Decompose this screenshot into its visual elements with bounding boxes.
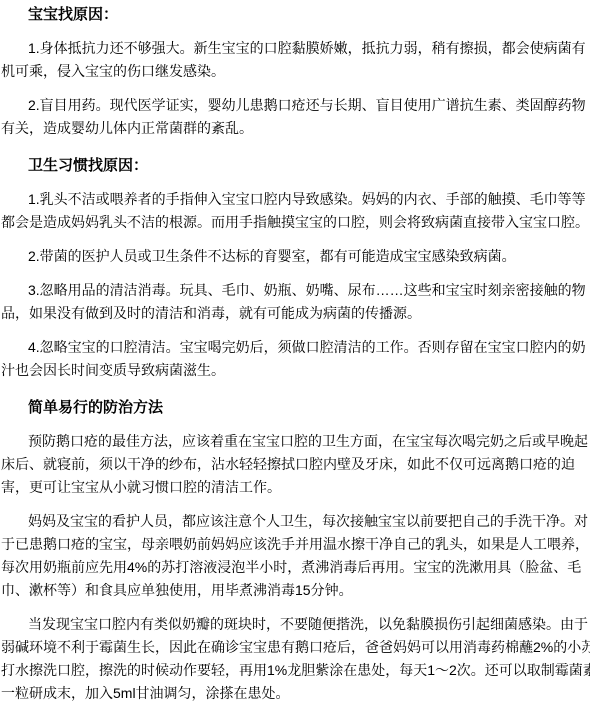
- section-heading-baby-causes: 宝宝找原因：: [1, 3, 590, 26]
- paragraph: 预防鹅口疮的最佳方法，应该着重在宝宝口腔的卫生方面，在宝宝每次喝完奶之后或早晚起…: [1, 430, 590, 499]
- section-hygiene-causes: 卫生习惯找原因： 1.乳头不洁或喂养者的手指伸入宝宝口腔内导致感染。妈妈的内衣、…: [1, 154, 590, 382]
- paragraph: 3.忽略用品的清洁消毒。玩具、毛巾、奶瓶、奶嘴、尿布……这些和宝宝时刻亲密接触的…: [1, 279, 590, 325]
- section-prevention-methods: 简单易行的防治方法 预防鹅口疮的最佳方法，应该着重在宝宝口腔的卫生方面，在宝宝每…: [1, 396, 590, 705]
- paragraph: 2.带菌的医护人员或卫生条件不达标的育婴室，都有可能造成宝宝感染致病菌。: [1, 245, 590, 268]
- section-baby-causes: 宝宝找原因： 1.身体抵抗力还不够强大。新生宝宝的口腔黏膜娇嫩，抵抗力弱，稍有擦…: [1, 3, 590, 140]
- section-heading-hygiene-causes: 卫生习惯找原因：: [1, 154, 590, 177]
- paragraph: 1.乳头不洁或喂养者的手指伸入宝宝口腔内导致感染。妈妈的内衣、手部的触摸、毛巾等…: [1, 188, 590, 234]
- article-page: 宝宝找原因： 1.身体抵抗力还不够强大。新生宝宝的口腔黏膜娇嫩，抵抗力弱，稍有擦…: [0, 0, 590, 705]
- section-heading-prevention-methods: 简单易行的防治方法: [1, 396, 590, 419]
- paragraph: 4.忽略宝宝的口腔清洁。宝宝喝完奶后，须做口腔清洁的工作。否则存留在宝宝口腔内的…: [1, 336, 590, 382]
- paragraph: 当发现宝宝口腔内有类似奶瓣的斑块时，不要随便揩洗，以免黏膜损伤引起细菌感染。由于…: [1, 613, 590, 705]
- paragraph: 妈妈及宝宝的看护人员，都应该注意个人卫生，每次接触宝宝以前要把自己的手洗干净。对…: [1, 510, 590, 602]
- paragraph: 1.身体抵抗力还不够强大。新生宝宝的口腔黏膜娇嫩，抵抗力弱，稍有擦损，都会使病菌…: [1, 37, 590, 83]
- paragraph: 2.盲目用药。现代医学证实，婴幼儿患鹅口疮还与长期、盲目使用广谱抗生素、类固醇药…: [1, 94, 590, 140]
